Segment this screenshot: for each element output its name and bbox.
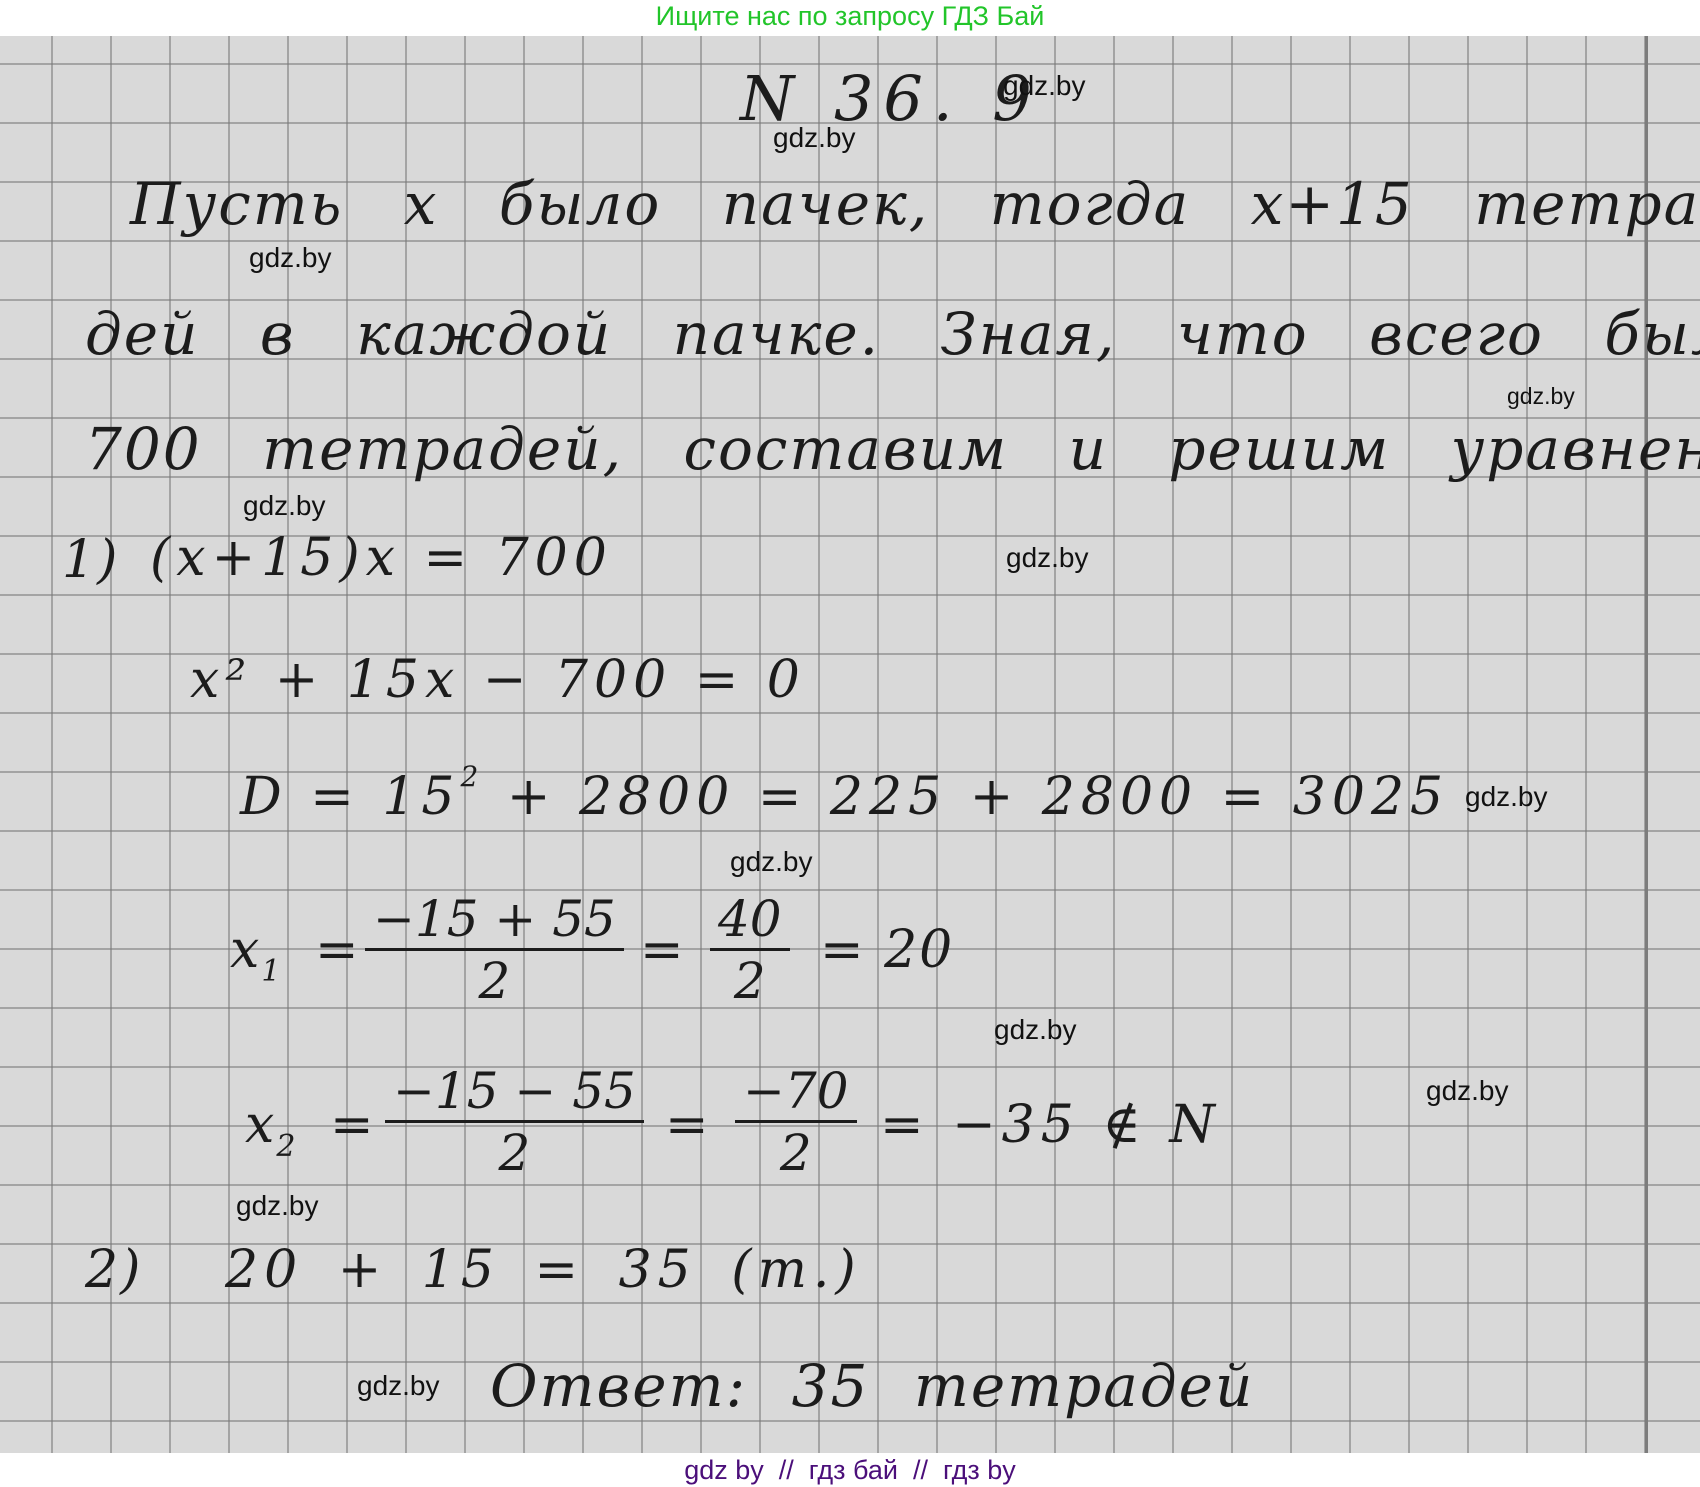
x2-label: x [245,1095,276,1155]
x1-label: x [230,920,261,980]
step-2-expression: 20 + 15 = 35 (т.) [225,1240,862,1300]
x1-equals: = [640,920,686,980]
watermark: gdz.by [243,490,326,522]
x1-denominator: 2 [479,951,511,1011]
discriminant: D = 152 + 2800 = 225 + 2800 = 3025 [240,760,1449,827]
intro-line-2: дей в каждой пачке. Зная, что всего было [85,300,1700,368]
discriminant-exponent: 2 [461,760,485,793]
watermark: gdz.by [357,1370,440,1402]
watermark: gdz.by [1006,542,1089,574]
bottom-banner: gdz by // гдз бай // гдз by [0,1453,1700,1487]
x1-mid-numerator: 40 [710,890,790,951]
notebook-margin-line [1645,36,1648,1453]
watermark: gdz.by [1465,781,1548,813]
intro-line-3: 700 тетрадей, составим и решим уравнение [85,415,1700,483]
x1-label-wrap: x1 = [230,920,361,989]
x2-denominator: 2 [499,1123,531,1183]
answer: Ответ: 35 тетрадей [490,1352,1254,1420]
x2-equals: = [665,1095,711,1155]
quadratic-equation: x² + 15x − 700 = 0 [190,650,806,710]
watermark: gdz.by [236,1190,319,1222]
x1-subscript: 1 [261,954,282,989]
equation: (x+15)x = 700 [150,528,613,588]
watermark: gdz.by [1507,383,1575,410]
watermark: gdz.by [730,846,813,878]
x1-mid-fraction: 40 2 [710,890,790,1011]
bottom-banner-text: gdz by // гдз бай // гдз by [684,1455,1016,1485]
x2-label-wrap: x2 = [245,1095,376,1164]
step-2-label: 2) [85,1240,142,1300]
x2-mid-fraction: −70 2 [735,1062,857,1183]
x1-numerator: −15 + 55 [365,890,624,951]
top-banner-text: Ищите нас по запросу ГДЗ Бай [656,1,1045,31]
x1-fraction: −15 + 55 2 [365,890,624,1011]
watermark: gdz.by [994,1014,1077,1046]
x2-mid-denominator: 2 [780,1123,812,1183]
x1-result: = 20 [820,920,954,980]
x2-numerator: −15 − 55 [385,1062,644,1123]
watermark: gdz.by [773,122,856,154]
step-1-label: 1) [62,530,119,590]
top-banner: Ищите нас по запросу ГДЗ Бай [0,0,1700,36]
watermark: gdz.by [249,242,332,274]
x2-result: = −35 ∉ N [880,1095,1221,1155]
x2-mid-numerator: −70 [735,1062,857,1123]
watermark: gdz.by [1426,1075,1509,1107]
discriminant-rhs: + 2800 = 225 + 2800 = 3025 [507,767,1449,827]
x1-mid-denominator: 2 [734,951,766,1011]
watermark: gdz.by [1003,70,1086,102]
intro-line-1: Пусть x было пачек, тогда x+15 тетра- [130,170,1700,238]
discriminant-lhs: D = 15 [240,767,461,827]
x2-subscript: 2 [276,1129,297,1164]
x2-fraction: −15 − 55 2 [385,1062,644,1183]
